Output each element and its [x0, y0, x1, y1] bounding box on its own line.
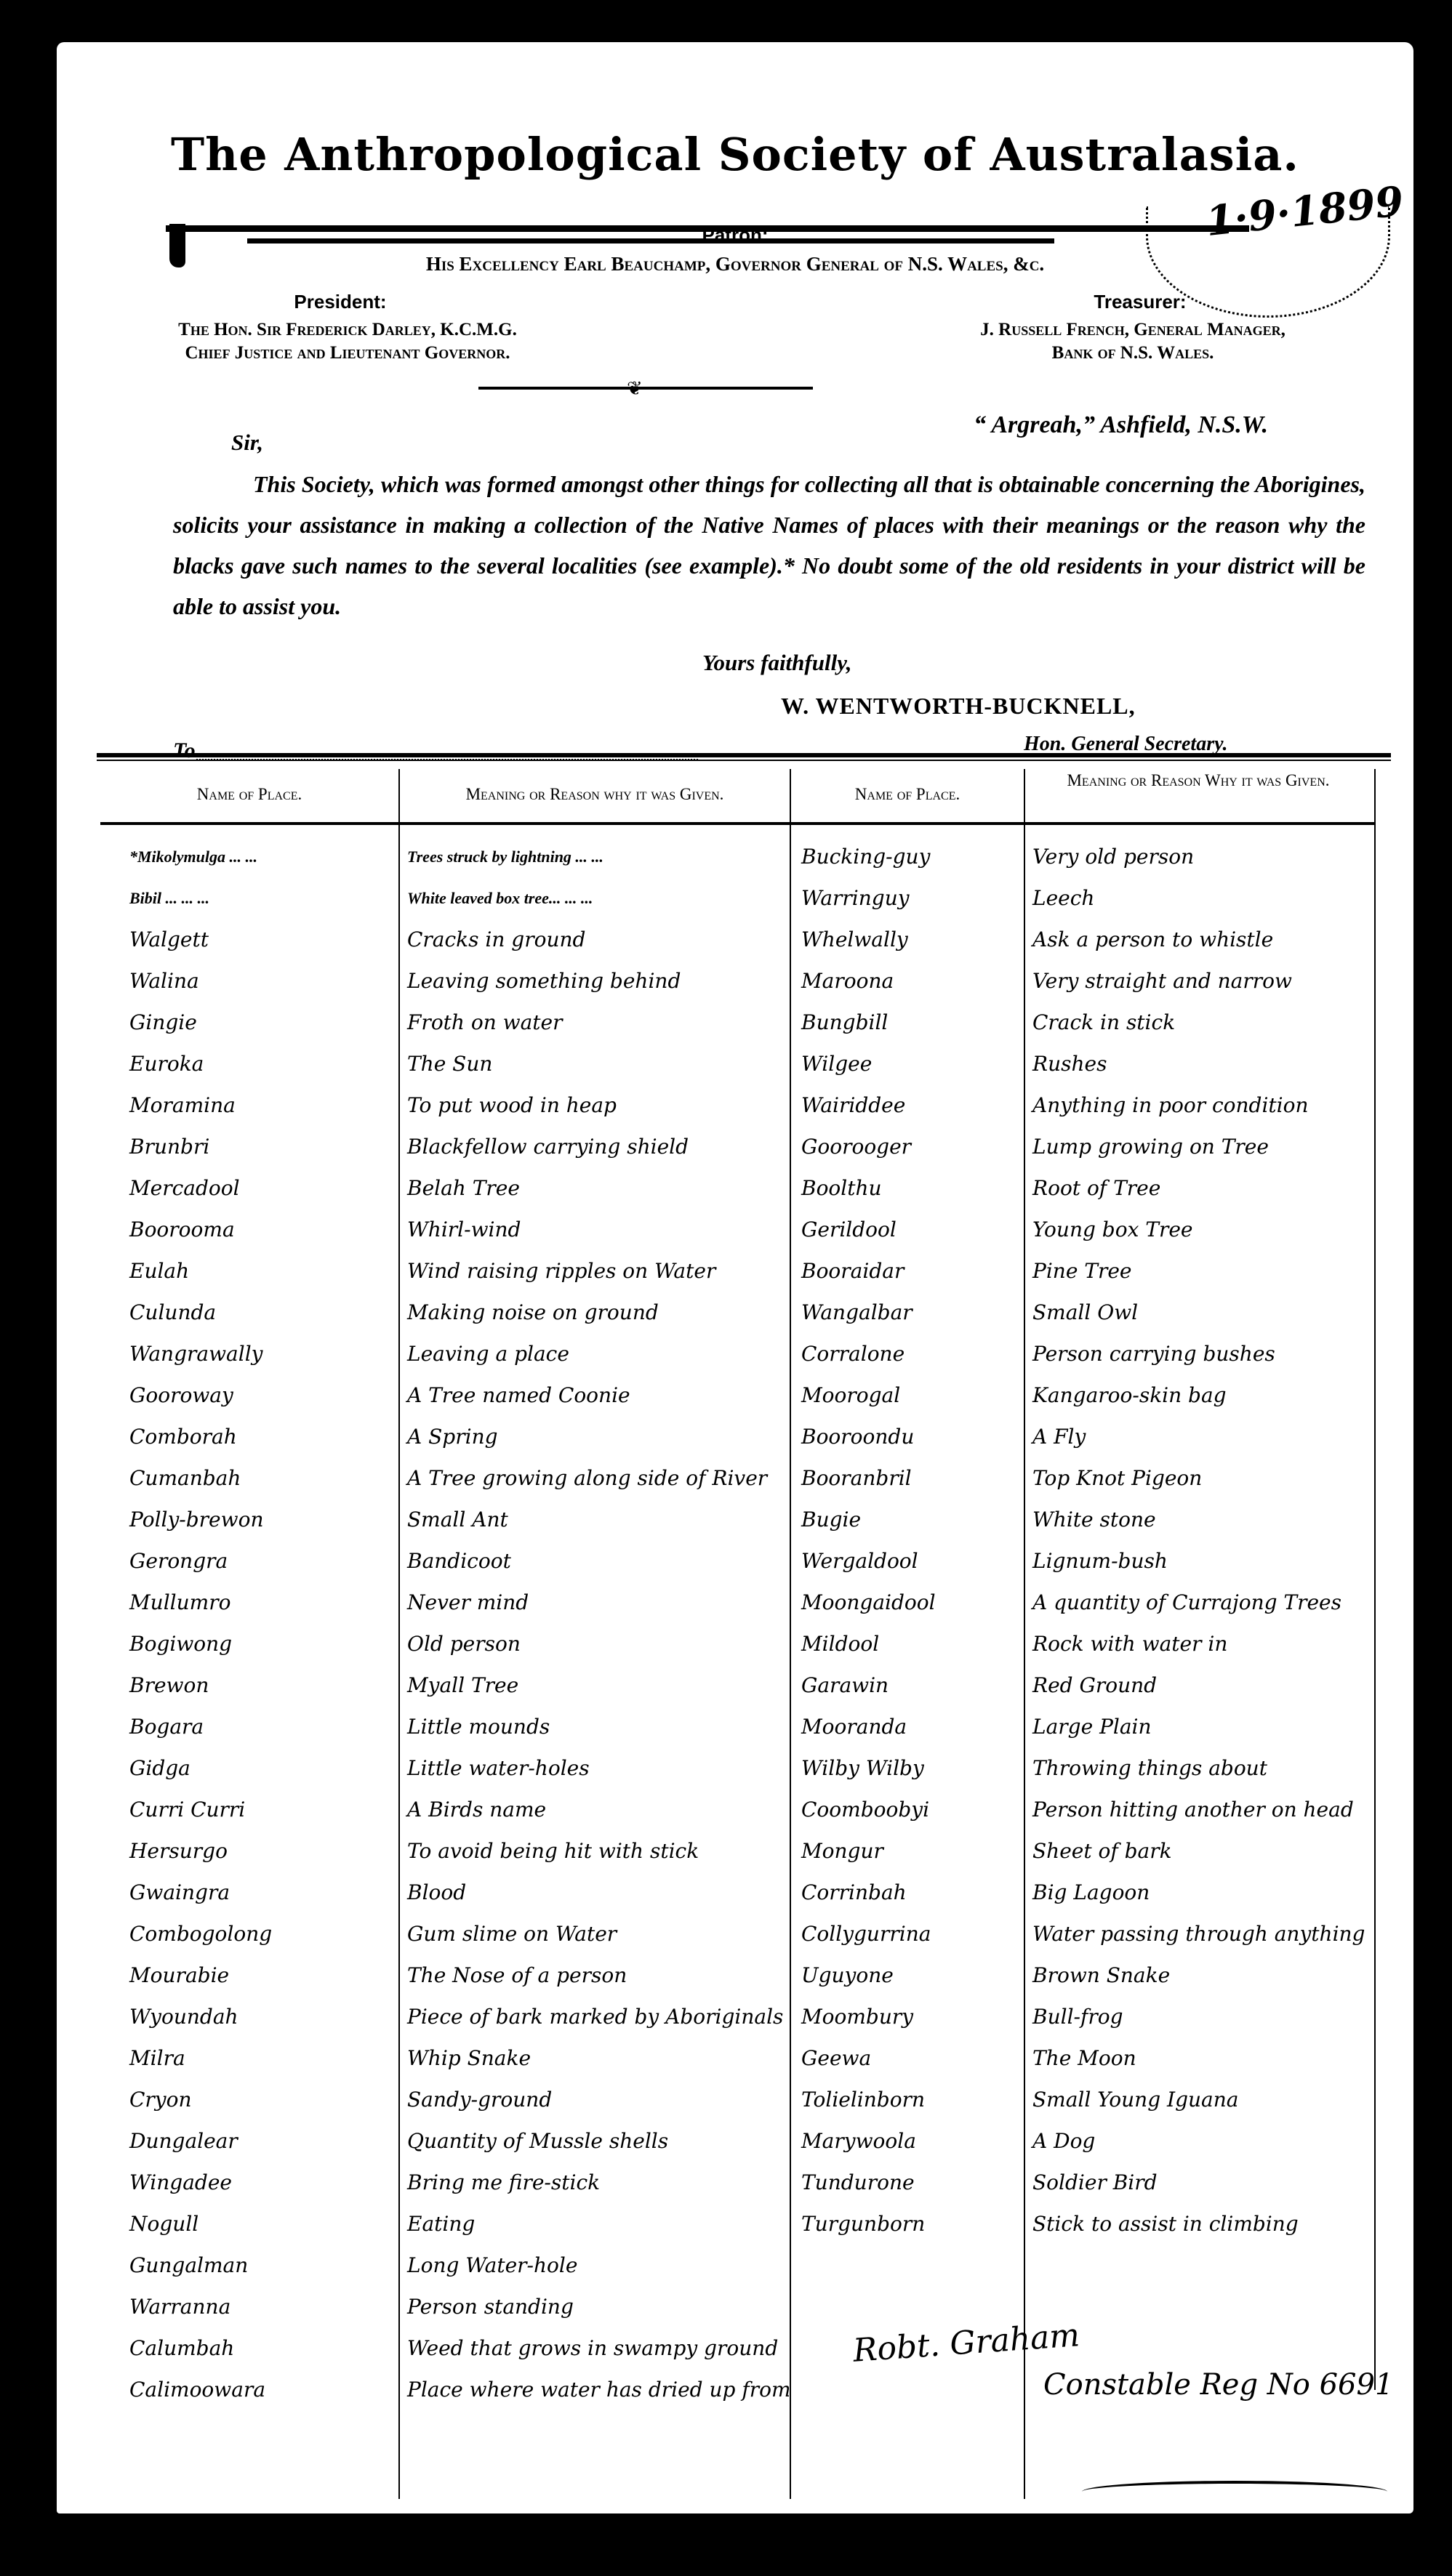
place-name: Walina: [115, 960, 409, 1002]
place-meaning: Small Young Iguana: [1027, 2079, 1381, 2120]
place-name: Mullumro: [115, 1582, 409, 1623]
table-row: NogullEatingTurgunbornStick to assist in…: [57, 2203, 1413, 2245]
place-meaning: To avoid being hit with stick: [400, 1830, 789, 1872]
place-name: Boorooma: [115, 1209, 409, 1250]
place-meaning: Root of Tree: [1027, 1167, 1381, 1209]
place-name: Eulah: [115, 1250, 409, 1292]
place-name: Gerildool: [793, 1209, 1030, 1250]
table-row: Bibil ... ... ...White leaved box tree..…: [57, 877, 1413, 919]
letter-body-text: This Society, which was formed amongst o…: [173, 471, 1365, 619]
place-meaning: A Fly: [1027, 1416, 1381, 1457]
patron-name: His Excellency Earl Beauchamp, Governor …: [57, 253, 1413, 275]
place-name: Euroka: [115, 1043, 409, 1084]
place-meaning: Piece of bark marked by Aboriginals: [400, 1996, 789, 2037]
place-name: Goorooger: [793, 1126, 1030, 1167]
place-meaning: A Birds name: [400, 1789, 789, 1830]
place-name: Marywoola: [793, 2120, 1030, 2162]
place-meaning: Place where water has dried up from: [400, 2369, 789, 2410]
place-meaning: Myall Tree: [400, 1665, 789, 1706]
patron-label: Patron:: [57, 224, 1413, 246]
place-name: Coomboobyi: [793, 1789, 1030, 1830]
place-meaning: Lump growing on Tree: [1027, 1126, 1381, 1167]
letter-salutation: Sir,: [231, 430, 263, 456]
table-row: ComborahA SpringBooroonduA Fly: [57, 1416, 1413, 1457]
place-name: Wairiddee: [793, 1084, 1030, 1126]
place-meaning: Crack in stick: [1027, 1002, 1381, 1043]
place-name: Geewa: [793, 2037, 1030, 2079]
place-meaning: A Tree growing along side of River: [400, 1457, 789, 1499]
place-meaning: Rock with water in: [1027, 1623, 1381, 1665]
place-name: Polly-brewon: [115, 1499, 409, 1540]
place-meaning: Trees struck by lightning ... ...: [400, 836, 789, 877]
place-meaning: Bring me fire-stick: [400, 2162, 789, 2203]
ornament-icon: ❦: [627, 378, 643, 400]
place-meaning: Leaving a place: [400, 1333, 789, 1374]
table-row: GerongraBandicootWergaldoolLignum-bush: [57, 1540, 1413, 1582]
president-name: The Hon. Sir Frederick Darley, K.C.M.G.: [166, 320, 529, 340]
place-name: Calumbah: [115, 2327, 409, 2369]
table-row: CulundaMaking noise on groundWangalbarSm…: [57, 1292, 1413, 1333]
place-meaning: A Dog: [1027, 2120, 1381, 2162]
place-meaning: Belah Tree: [400, 1167, 789, 1209]
place-meaning: Big Lagoon: [1027, 1872, 1381, 1913]
place-name: Culunda: [115, 1292, 409, 1333]
place-meaning: Brown Snake: [1027, 1955, 1381, 1996]
table-row: GoorowayA Tree named CoonieMoorogalKanga…: [57, 1374, 1413, 1416]
place-meaning: Making noise on ground: [400, 1292, 789, 1333]
place-meaning: Red Ground: [1027, 1665, 1381, 1706]
place-name: Cryon: [115, 2079, 409, 2120]
table-row: WarrannaPerson standing: [57, 2286, 1413, 2327]
table-row: Polly-brewonSmall AntBugieWhite stone: [57, 1499, 1413, 1540]
place-name: Combogolong: [115, 1913, 409, 1955]
place-name: Maroona: [793, 960, 1030, 1002]
table-row: MercadoolBelah TreeBoolthuRoot of Tree: [57, 1167, 1413, 1209]
table-row: GungalmanLong Water-hole: [57, 2245, 1413, 2286]
place-meaning: Whip Snake: [400, 2037, 789, 2079]
table-row: BogiwongOld personMildoolRock with water…: [57, 1623, 1413, 1665]
place-name: Booraidar: [793, 1250, 1030, 1292]
table-row: GingieFroth on waterBungbillCrack in sti…: [57, 1002, 1413, 1043]
place-meaning: Blood: [400, 1872, 789, 1913]
place-meaning: Person hitting another on head: [1027, 1789, 1381, 1830]
place-meaning: A quantity of Currajong Trees: [1027, 1582, 1381, 1623]
place-meaning: Leaving something behind: [400, 960, 789, 1002]
place-meaning: Little water-holes: [400, 1747, 789, 1789]
header-meaning-1: Meaning or Reason why it was Given.: [400, 785, 790, 804]
place-meaning: Very old person: [1027, 836, 1381, 877]
place-meaning: Quantity of Mussle shells: [400, 2120, 789, 2162]
table-row: HersurgoTo avoid being hit with stickMon…: [57, 1830, 1413, 1872]
signature-title: Constable Reg No 6691: [1043, 2368, 1393, 2402]
letter-signer: W. WENTWORTH-BUCKNELL,: [781, 693, 1136, 720]
place-name: Mercadool: [115, 1167, 409, 1209]
place-meaning: Stick to assist in climbing: [1027, 2203, 1381, 2245]
place-name: Wergaldool: [793, 1540, 1030, 1582]
place-name: Corralone: [793, 1333, 1030, 1374]
place-name: Moombury: [793, 1996, 1030, 2037]
place-name: Boolthu: [793, 1167, 1030, 1209]
table-row: CumanbahA Tree growing along side of Riv…: [57, 1457, 1413, 1499]
header-meaning-2: Meaning or Reason Why it was Given.: [1038, 769, 1358, 792]
place-name: Mourabie: [115, 1955, 409, 1996]
place-meaning: Person standing: [400, 2286, 789, 2327]
place-meaning: Small Owl: [1027, 1292, 1381, 1333]
place-name: Turgunborn: [793, 2203, 1030, 2245]
place-name: Booroondu: [793, 1416, 1030, 1457]
place-meaning: The Nose of a person: [400, 1955, 789, 1996]
place-name: Booranbril: [793, 1457, 1030, 1499]
place-meaning: Young box Tree: [1027, 1209, 1381, 1250]
place-name: Gooroway: [115, 1374, 409, 1416]
place-name: Bogiwong: [115, 1623, 409, 1665]
place-name: Moongaidool: [793, 1582, 1030, 1623]
place-meaning: Bull-frog: [1027, 1996, 1381, 2037]
place-name: Hersurgo: [115, 1830, 409, 1872]
place-meaning: Lignum-bush: [1027, 1540, 1381, 1582]
place-name: Collygurrina: [793, 1913, 1030, 1955]
place-name: Gingie: [115, 1002, 409, 1043]
letter-closing: Yours faithfully,: [702, 650, 852, 676]
place-name: Bibil ... ... ...: [115, 877, 409, 919]
place-name: Mildool: [793, 1623, 1030, 1665]
place-name: Gwaingra: [115, 1872, 409, 1913]
place-name: Uguyone: [793, 1955, 1030, 1996]
place-meaning: Little mounds: [400, 1706, 789, 1747]
place-name: Brunbri: [115, 1126, 409, 1167]
table-row: BooroomaWhirl-windGerildoolYoung box Tre…: [57, 1209, 1413, 1250]
place-name: Moramina: [115, 1084, 409, 1126]
place-name: Garawin: [793, 1665, 1030, 1706]
place-meaning: Cracks in ground: [400, 919, 789, 960]
place-name: Wangalbar: [793, 1292, 1030, 1333]
place-name: Warranna: [115, 2286, 409, 2327]
place-name: Wyoundah: [115, 1996, 409, 2037]
place-meaning: Anything in poor condition: [1027, 1084, 1381, 1126]
table-row: BogaraLittle moundsMoorandaLarge Plain: [57, 1706, 1413, 1747]
place-name: Wangrawally: [115, 1333, 409, 1374]
treasurer-name: J. Russell French, General Manager,: [878, 320, 1387, 340]
table-top-rule: [97, 753, 1391, 757]
place-meaning: Blackfellow carrying shield: [400, 1126, 789, 1167]
table-row: CombogolongGum slime on WaterCollygurrin…: [57, 1913, 1413, 1955]
place-name: Bogara: [115, 1706, 409, 1747]
place-name: Calimoowara: [115, 2369, 409, 2410]
place-meaning: Small Ant: [400, 1499, 789, 1540]
table-row: CryonSandy-groundTolielinbornSmall Young…: [57, 2079, 1413, 2120]
place-name: Tundurone: [793, 2162, 1030, 2203]
place-name: Gidga: [115, 1747, 409, 1789]
table-row: WangrawallyLeaving a placeCorralonePerso…: [57, 1333, 1413, 1374]
place-meaning: A Tree named Coonie: [400, 1374, 789, 1416]
president-title: Chief Justice and Lieutenant Governor.: [166, 343, 529, 363]
treasurer-label: Treasurer:: [1031, 291, 1249, 313]
place-meaning: The Sun: [400, 1043, 789, 1084]
place-name: Bugie: [793, 1499, 1030, 1540]
place-name: Gerongra: [115, 1540, 409, 1582]
place-name: Brewon: [115, 1665, 409, 1706]
table-row: MilraWhip SnakeGeewaThe Moon: [57, 2037, 1413, 2079]
header-bottom-rule: [100, 822, 1374, 825]
table-row: Curri CurriA Birds nameCoomboobyiPerson …: [57, 1789, 1413, 1830]
place-name: Warringuy: [793, 877, 1030, 919]
place-meaning: Froth on water: [400, 1002, 789, 1043]
place-name: Wingadee: [115, 2162, 409, 2203]
place-meaning: Pine Tree: [1027, 1250, 1381, 1292]
place-name: Bungbill: [793, 1002, 1030, 1043]
table-row: MoraminaTo put wood in heapWairiddeeAnyt…: [57, 1084, 1413, 1126]
table-row: EulahWind raising ripples on WaterBoorai…: [57, 1250, 1413, 1292]
place-meaning: Bandicoot: [400, 1540, 789, 1582]
place-name: Corrinbah: [793, 1872, 1030, 1913]
place-meaning: The Moon: [1027, 2037, 1381, 2079]
place-name: Dungalear: [115, 2120, 409, 2162]
place-meaning: Sheet of bark: [1027, 1830, 1381, 1872]
place-name: Tolielinborn: [793, 2079, 1030, 2120]
place-meaning: Rushes: [1027, 1043, 1381, 1084]
place-meaning: White stone: [1027, 1499, 1381, 1540]
place-meaning: To put wood in heap: [400, 1084, 789, 1126]
place-name: Mongur: [793, 1830, 1030, 1872]
place-meaning: Top Knot Pigeon: [1027, 1457, 1381, 1499]
place-meaning: Whirl-wind: [400, 1209, 789, 1250]
table-row: MourabieThe Nose of a personUguyoneBrown…: [57, 1955, 1413, 1996]
place-meaning: Throwing things about: [1027, 1747, 1381, 1789]
place-name: Wilby Wilby: [793, 1747, 1030, 1789]
place-meaning: Water passing through anything: [1027, 1913, 1381, 1955]
place-name: Bucking-guy: [793, 836, 1030, 877]
header-name-of-place-1: Name of Place.: [100, 785, 398, 804]
society-title: The Anthropological Society of Australas…: [57, 128, 1413, 181]
place-meaning: Wind raising ripples on Water: [400, 1250, 789, 1292]
place-meaning: A Spring: [400, 1416, 789, 1457]
treasurer-bank: Bank of N.S. Wales.: [878, 343, 1387, 363]
place-meaning: Eating: [400, 2203, 789, 2245]
table-top-rule-thin: [97, 760, 1391, 761]
place-name: *Mikolymulga ... ...: [115, 836, 409, 877]
place-meaning: Never mind: [400, 1582, 789, 1623]
table-row: DungalearQuantity of Mussle shellsMarywo…: [57, 2120, 1413, 2162]
place-meaning: Large Plain: [1027, 1706, 1381, 1747]
table-row: CalumbahWeed that grows in swampy ground: [57, 2327, 1413, 2369]
place-name: Mooranda: [793, 1706, 1030, 1747]
table-row: EurokaThe SunWilgeeRushes: [57, 1043, 1413, 1084]
place-name: Comborah: [115, 1416, 409, 1457]
place-meaning: White leaved box tree... ... ...: [400, 877, 789, 919]
place-meaning: Very straight and narrow: [1027, 960, 1381, 1002]
place-name: Wilgee: [793, 1043, 1030, 1084]
table-row: MullumroNever mindMoongaidoolA quantity …: [57, 1582, 1413, 1623]
place-meaning: Weed that grows in swampy ground: [400, 2327, 789, 2369]
letter-address: “ Argreah,” Ashfield, N.S.W.: [974, 411, 1268, 439]
place-meaning: Leech: [1027, 877, 1381, 919]
place-meaning: Gum slime on Water: [400, 1913, 789, 1955]
place-name: Whelwally: [793, 919, 1030, 960]
place-name: Cumanbah: [115, 1457, 409, 1499]
document-page: The Anthropological Society of Australas…: [57, 42, 1413, 2513]
table-row: BrewonMyall TreeGarawinRed Ground: [57, 1665, 1413, 1706]
place-meaning: Kangaroo-skin bag: [1027, 1374, 1381, 1416]
place-meaning: Person carrying bushes: [1027, 1333, 1381, 1374]
place-meaning: Ask a person to whistle: [1027, 919, 1381, 960]
flourish-line: [1082, 2481, 1387, 2503]
place-name: Gungalman: [115, 2245, 409, 2286]
table-row: BrunbriBlackfellow carrying shieldGooroo…: [57, 1126, 1413, 1167]
place-name: Moorogal: [793, 1374, 1030, 1416]
header-name-of-place-2: Name of Place.: [791, 785, 1024, 804]
place-meaning: Soldier Bird: [1027, 2162, 1381, 2203]
table-row: GidgaLittle water-holesWilby WilbyThrowi…: [57, 1747, 1413, 1789]
place-name: Walgett: [115, 919, 409, 960]
table-row: WyoundahPiece of bark marked by Aborigin…: [57, 1996, 1413, 2037]
place-name: Milra: [115, 2037, 409, 2079]
president-label: President:: [231, 291, 449, 313]
ornament-rule: [478, 387, 813, 390]
place-name: Curri Curri: [115, 1789, 409, 1830]
place-meaning: Long Water-hole: [400, 2245, 789, 2286]
place-meaning: Old person: [400, 1623, 789, 1665]
table-row: GwaingraBloodCorrinbahBig Lagoon: [57, 1872, 1413, 1913]
table-row: WalinaLeaving something behindMaroonaVer…: [57, 960, 1413, 1002]
table-row: WingadeeBring me fire-stickTunduroneSold…: [57, 2162, 1413, 2203]
table-row: *Mikolymulga ... ...Trees struck by ligh…: [57, 836, 1413, 877]
place-name: Nogull: [115, 2203, 409, 2245]
table-row: WalgettCracks in groundWhelwallyAsk a pe…: [57, 919, 1413, 960]
place-meaning: Sandy-ground: [400, 2079, 789, 2120]
letter-body: This Society, which was formed amongst o…: [173, 464, 1365, 627]
